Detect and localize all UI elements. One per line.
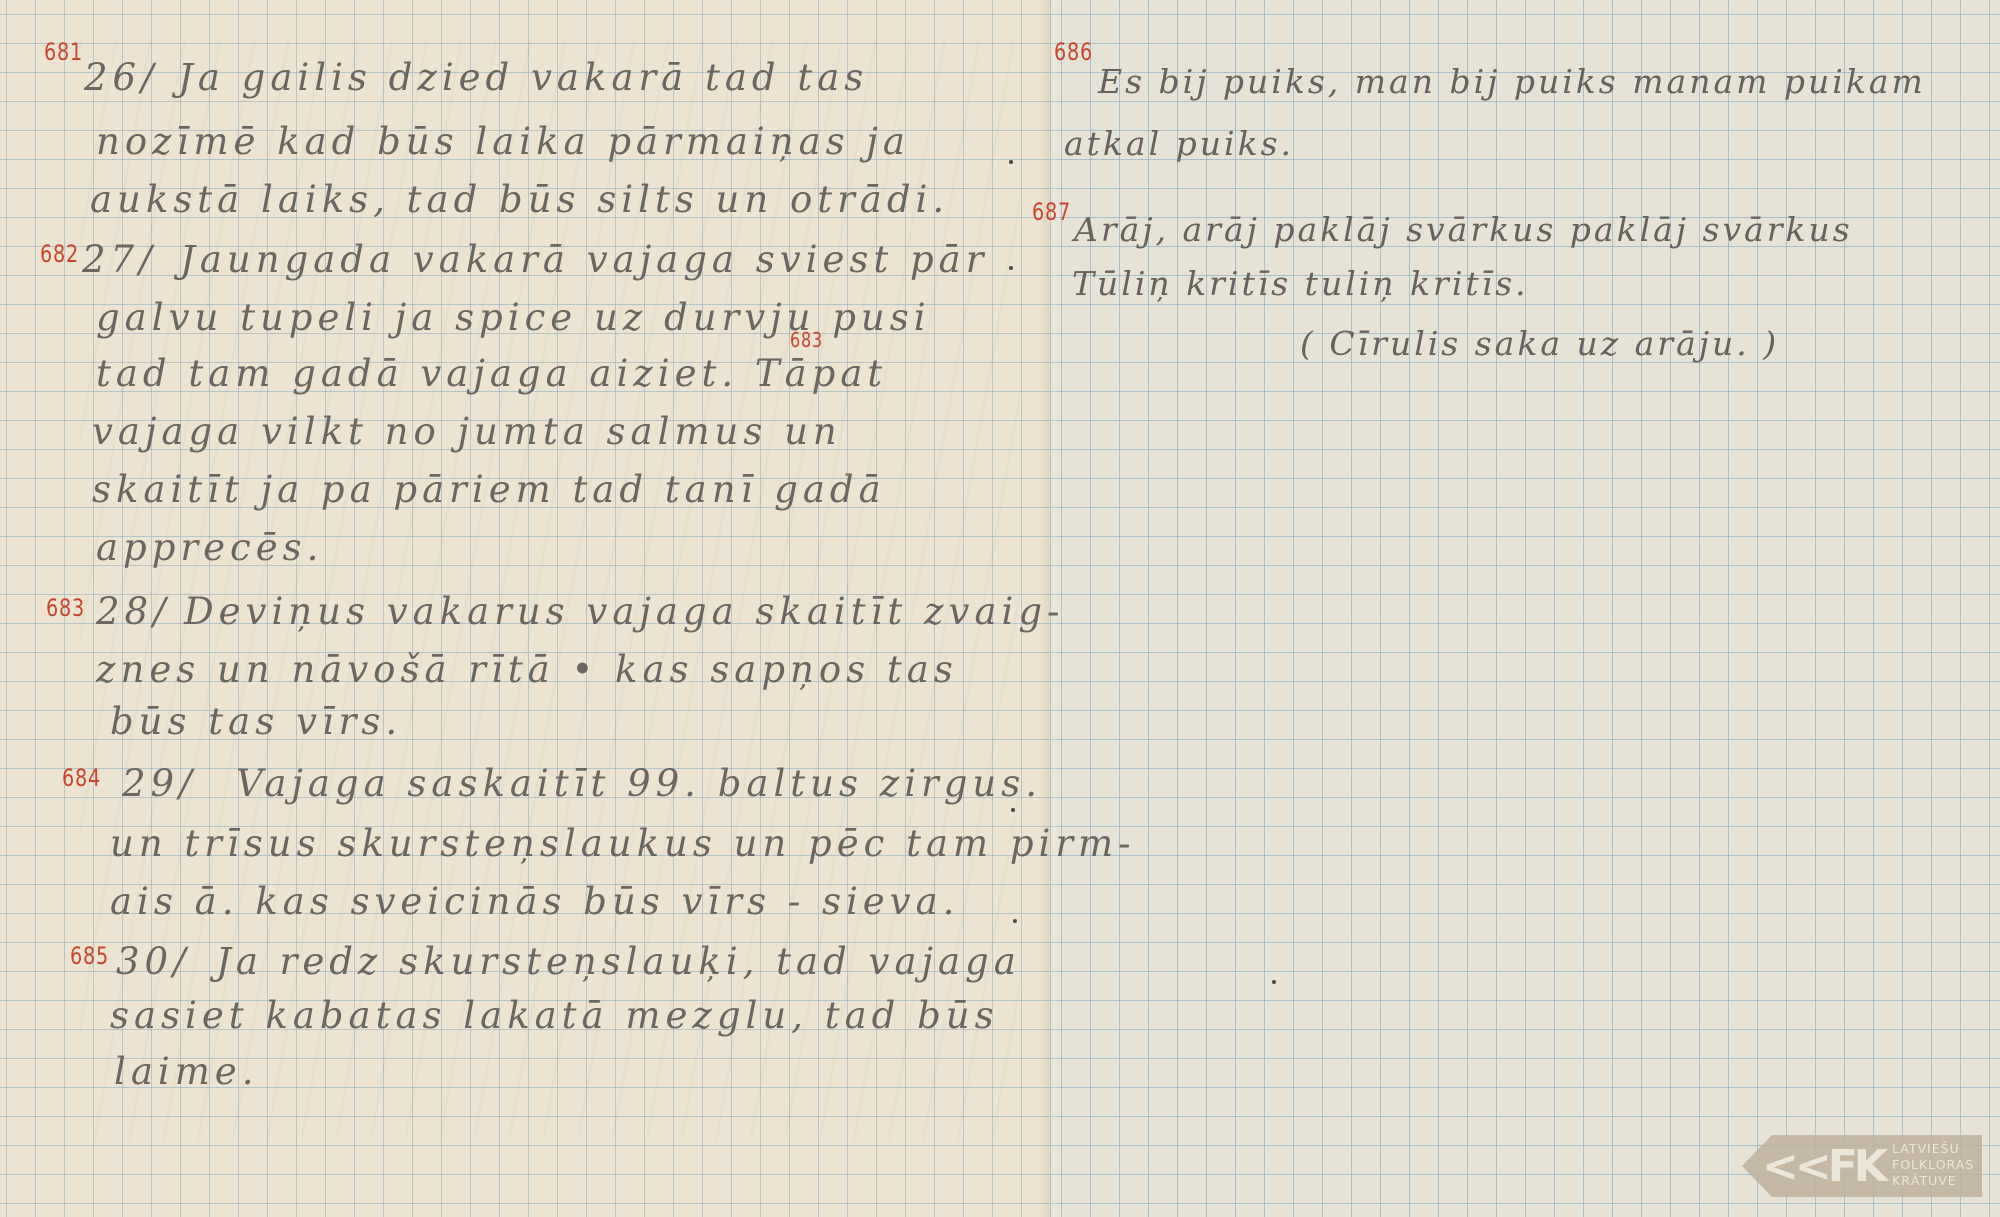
text-line: būs tas vīrs.: [110, 700, 402, 743]
item-number: 26/: [84, 56, 159, 99]
text-line: apprecēs.: [96, 526, 323, 569]
archive-number: 687: [1032, 198, 1071, 226]
text-line: aukstā laiks, tad būs silts un otrādi.: [90, 178, 949, 221]
text-line: Deviņus vakarus vajaga skaitīt zvaig-: [184, 590, 1065, 633]
text-line: znes un nāvošā rītā • kas sapņos tas: [96, 648, 958, 691]
archive-number: 682: [40, 240, 79, 268]
item-number: 27/: [82, 238, 157, 281]
text-line: un trīsus skursteņslaukus un pēc tam pir…: [110, 822, 1136, 865]
ink-dot: [1009, 266, 1013, 270]
text-line: atkal puiks.: [1064, 124, 1294, 163]
text-line: tad tam gadā vajaga aiziet. Tāpat: [96, 352, 887, 395]
editor-note: ( Cīrulis saka uz arāju. ): [1300, 324, 1779, 363]
text-line: vajaga vilkt no jumta salmus un: [92, 410, 842, 453]
text-line: Es bij puiks, man bij puiks manam puikam: [1098, 62, 1926, 101]
watermark-line: LATVIEŠU: [1892, 1141, 1978, 1157]
text-line: skaitīt ja pa pāriem tad tanī gadā: [92, 468, 886, 511]
archive-number: 681: [44, 38, 83, 66]
watermark-text: LATVIEŠU FOLKLORAS KRĀTUVE: [1892, 1141, 1978, 1189]
item-number: 28/: [96, 590, 171, 633]
text-line: Arāj, arāj paklāj svārkus paklāj svārkus: [1074, 210, 1853, 249]
right-page: [1052, 0, 2000, 1217]
archive-number: 683: [46, 594, 85, 622]
text-line: Vajaga saskaitīt 99. baltus zirgus.: [236, 762, 1042, 805]
text-line: nozīmē kad būs laika pārmaiņas ja: [96, 120, 910, 163]
archive-number: 685: [70, 942, 109, 970]
text-line: ais ā. kas sveicinās būs vīrs - sieva.: [110, 880, 959, 923]
text-line: Ja gailis dzied vakarā tad tas: [178, 56, 868, 99]
text-line: Tūliņ kritīs tuliņ kritīs.: [1072, 264, 1529, 303]
archive-number-inline: 683: [790, 328, 823, 352]
text-line: sasiet kabatas lakatā mezglu, tad būs: [110, 994, 999, 1037]
ink-dot: [1009, 160, 1013, 164]
item-number: 29/: [122, 762, 197, 805]
ink-dot: [1011, 808, 1015, 812]
item-number: 30/: [116, 940, 191, 983]
archive-logo-icon: <<FK: [1762, 1141, 1884, 1192]
ink-dot: [1272, 980, 1276, 984]
ink-dot: [1013, 919, 1017, 923]
archive-watermark: <<FK LATVIEŠU FOLKLORAS KRĀTUVE: [1742, 1135, 1982, 1197]
archive-number: 686: [1054, 38, 1093, 66]
text-line: laime.: [114, 1050, 258, 1093]
text-line: Jaungada vakarā vajaga sviest pār: [180, 238, 988, 281]
watermark-line: KRĀTUVE: [1892, 1173, 1978, 1189]
text-line: Ja redz skursteņslauķi, tad vajaga: [216, 940, 1021, 983]
watermark-line: FOLKLORAS: [1892, 1157, 1978, 1173]
archive-number: 684: [62, 764, 101, 792]
